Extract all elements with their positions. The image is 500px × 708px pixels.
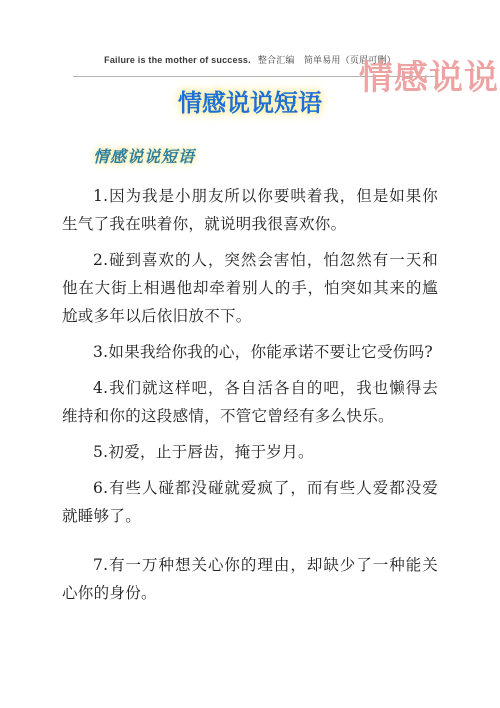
paragraph-3: 3.如果我给你我的心，你能承诺不要让它受伤吗? [62,338,438,366]
page-title: 情感说说短语 [62,88,438,118]
header-note: 整合汇编 简单易用（页眉可删） [258,55,396,65]
section-heading: 情感说说短语 [93,147,438,166]
paragraph-6: 6.有些人碰都没碰就爱疯了，而有些人爱都没爱就睡够了。 [62,474,438,530]
paragraph-1: 1.因为我是小朋友所以你要哄着我，但是如果你生气了我在哄着你，就说明我很喜欢你。 [62,182,438,238]
paragraph-2: 2.碰到喜欢的人，突然会害怕，怕忽然有一天和他在大街上相遇他却牵着别人的手，怕突… [62,246,438,330]
paragraph-7: 7.有一万种想关心你的理由，却缺少了一种能关心你的身份。 [62,551,438,607]
header-motto: Failure is the mother of success. [104,55,251,65]
page-header: Failure is the mother of success.整合汇编 简单… [62,0,438,66]
header-divider [73,76,438,77]
paragraph-5: 5.初爱，止于唇齿，掩于岁月。 [62,438,438,466]
document-page: Failure is the mother of success.整合汇编 简单… [0,0,500,708]
paragraph-4: 4.我们就这样吧，各自活各自的吧，我也懒得去维持和你的这段感情，不管它曾经有多么… [62,374,438,430]
paragraph-list: 1.因为我是小朋友所以你要哄着我，但是如果你生气了我在哄着你，就说明我很喜欢你。… [62,182,438,607]
